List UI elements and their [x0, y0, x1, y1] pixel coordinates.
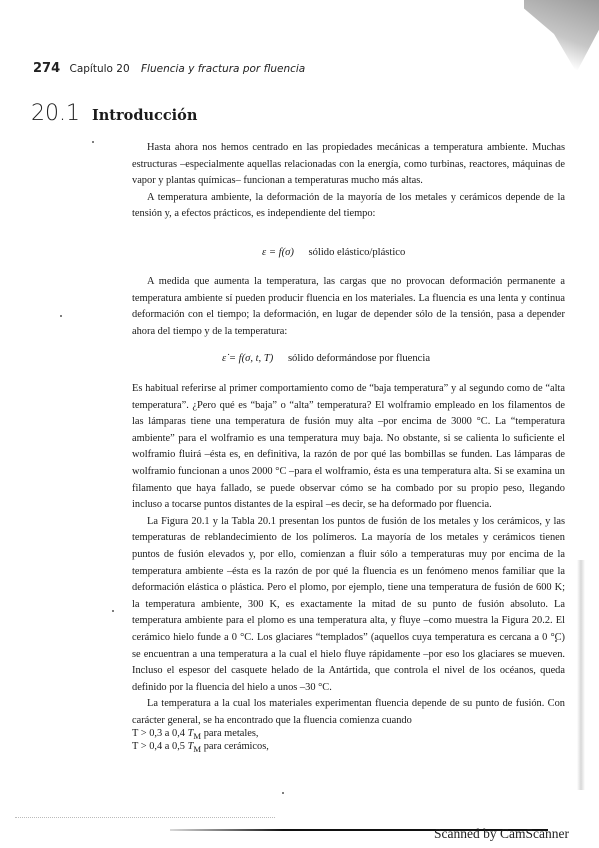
chapter-title: Fluencia y fractura por fluencia [141, 63, 305, 75]
condition-ceramics-prefix: T > 0,4 a 0,5 [132, 741, 188, 752]
paragraph-creep-onset: La temperatura a la cual los materiales … [132, 696, 565, 729]
scan-speck [112, 610, 114, 612]
chapter-label: Capítulo 20 [69, 63, 129, 75]
section-heading: 20.1 Introducción [31, 101, 197, 126]
equation-elastic-label: sólido elástico/plástico [309, 247, 406, 258]
body-block-2: A medida que aumenta la temperatura, las… [132, 274, 565, 340]
equation-elastic: ε = f(σ) sólido elástico/plástico [262, 247, 405, 258]
condition-metals-suffix: para metales, [201, 728, 258, 739]
paragraph-room-temp: A temperatura ambiente, la deformación d… [132, 190, 565, 223]
section-number: 20.1 [31, 101, 80, 126]
paragraph-tungsten: Es habitual referirse al primer comporta… [132, 381, 565, 514]
paragraph-melting-points: La Figura 20.1 y la Tabla 20.1 presentan… [132, 514, 565, 697]
section-title: Introducción [92, 107, 197, 124]
scan-bottom-dots [15, 817, 275, 819]
equation-creep-label: sólido deformándose por fluencia [288, 353, 430, 364]
scan-edge-shadow [577, 560, 585, 790]
scan-speck [60, 315, 62, 317]
melting-temp-subscript: M [193, 744, 201, 754]
running-head: 274 Capítulo 20 Fluencia y fractura por … [33, 61, 305, 76]
body-block-1: Hasta ahora nos hemos centrado en las pr… [132, 140, 565, 223]
paragraph-creep-definition: A medida que aumenta la temperatura, las… [132, 274, 565, 340]
page-number: 274 [33, 61, 60, 76]
equation-creep: ε̇ = f(σ, t, T) sólido deformándose por … [222, 353, 430, 364]
scan-speck [282, 792, 284, 794]
scanner-watermark: Scanned by CamScanner [434, 826, 569, 842]
condition-metals-prefix: T > 0,3 a 0,4 [132, 728, 188, 739]
paragraph-intro: Hasta ahora nos hemos centrado en las pr… [132, 140, 565, 190]
equation-creep-math: ε̇ = f(σ, t, T) [222, 353, 273, 364]
body-block-3: Es habitual referirse al primer comporta… [132, 381, 565, 729]
scan-speck [555, 640, 557, 642]
scan-speck [92, 141, 94, 143]
condition-ceramics: T > 0,4 a 0,5 TM para cerámicos, [132, 740, 269, 756]
condition-ceramics-suffix: para cerámicos, [201, 741, 269, 752]
scan-corner-smudge [524, 0, 599, 85]
equation-elastic-math: ε = f(σ) [262, 247, 294, 258]
